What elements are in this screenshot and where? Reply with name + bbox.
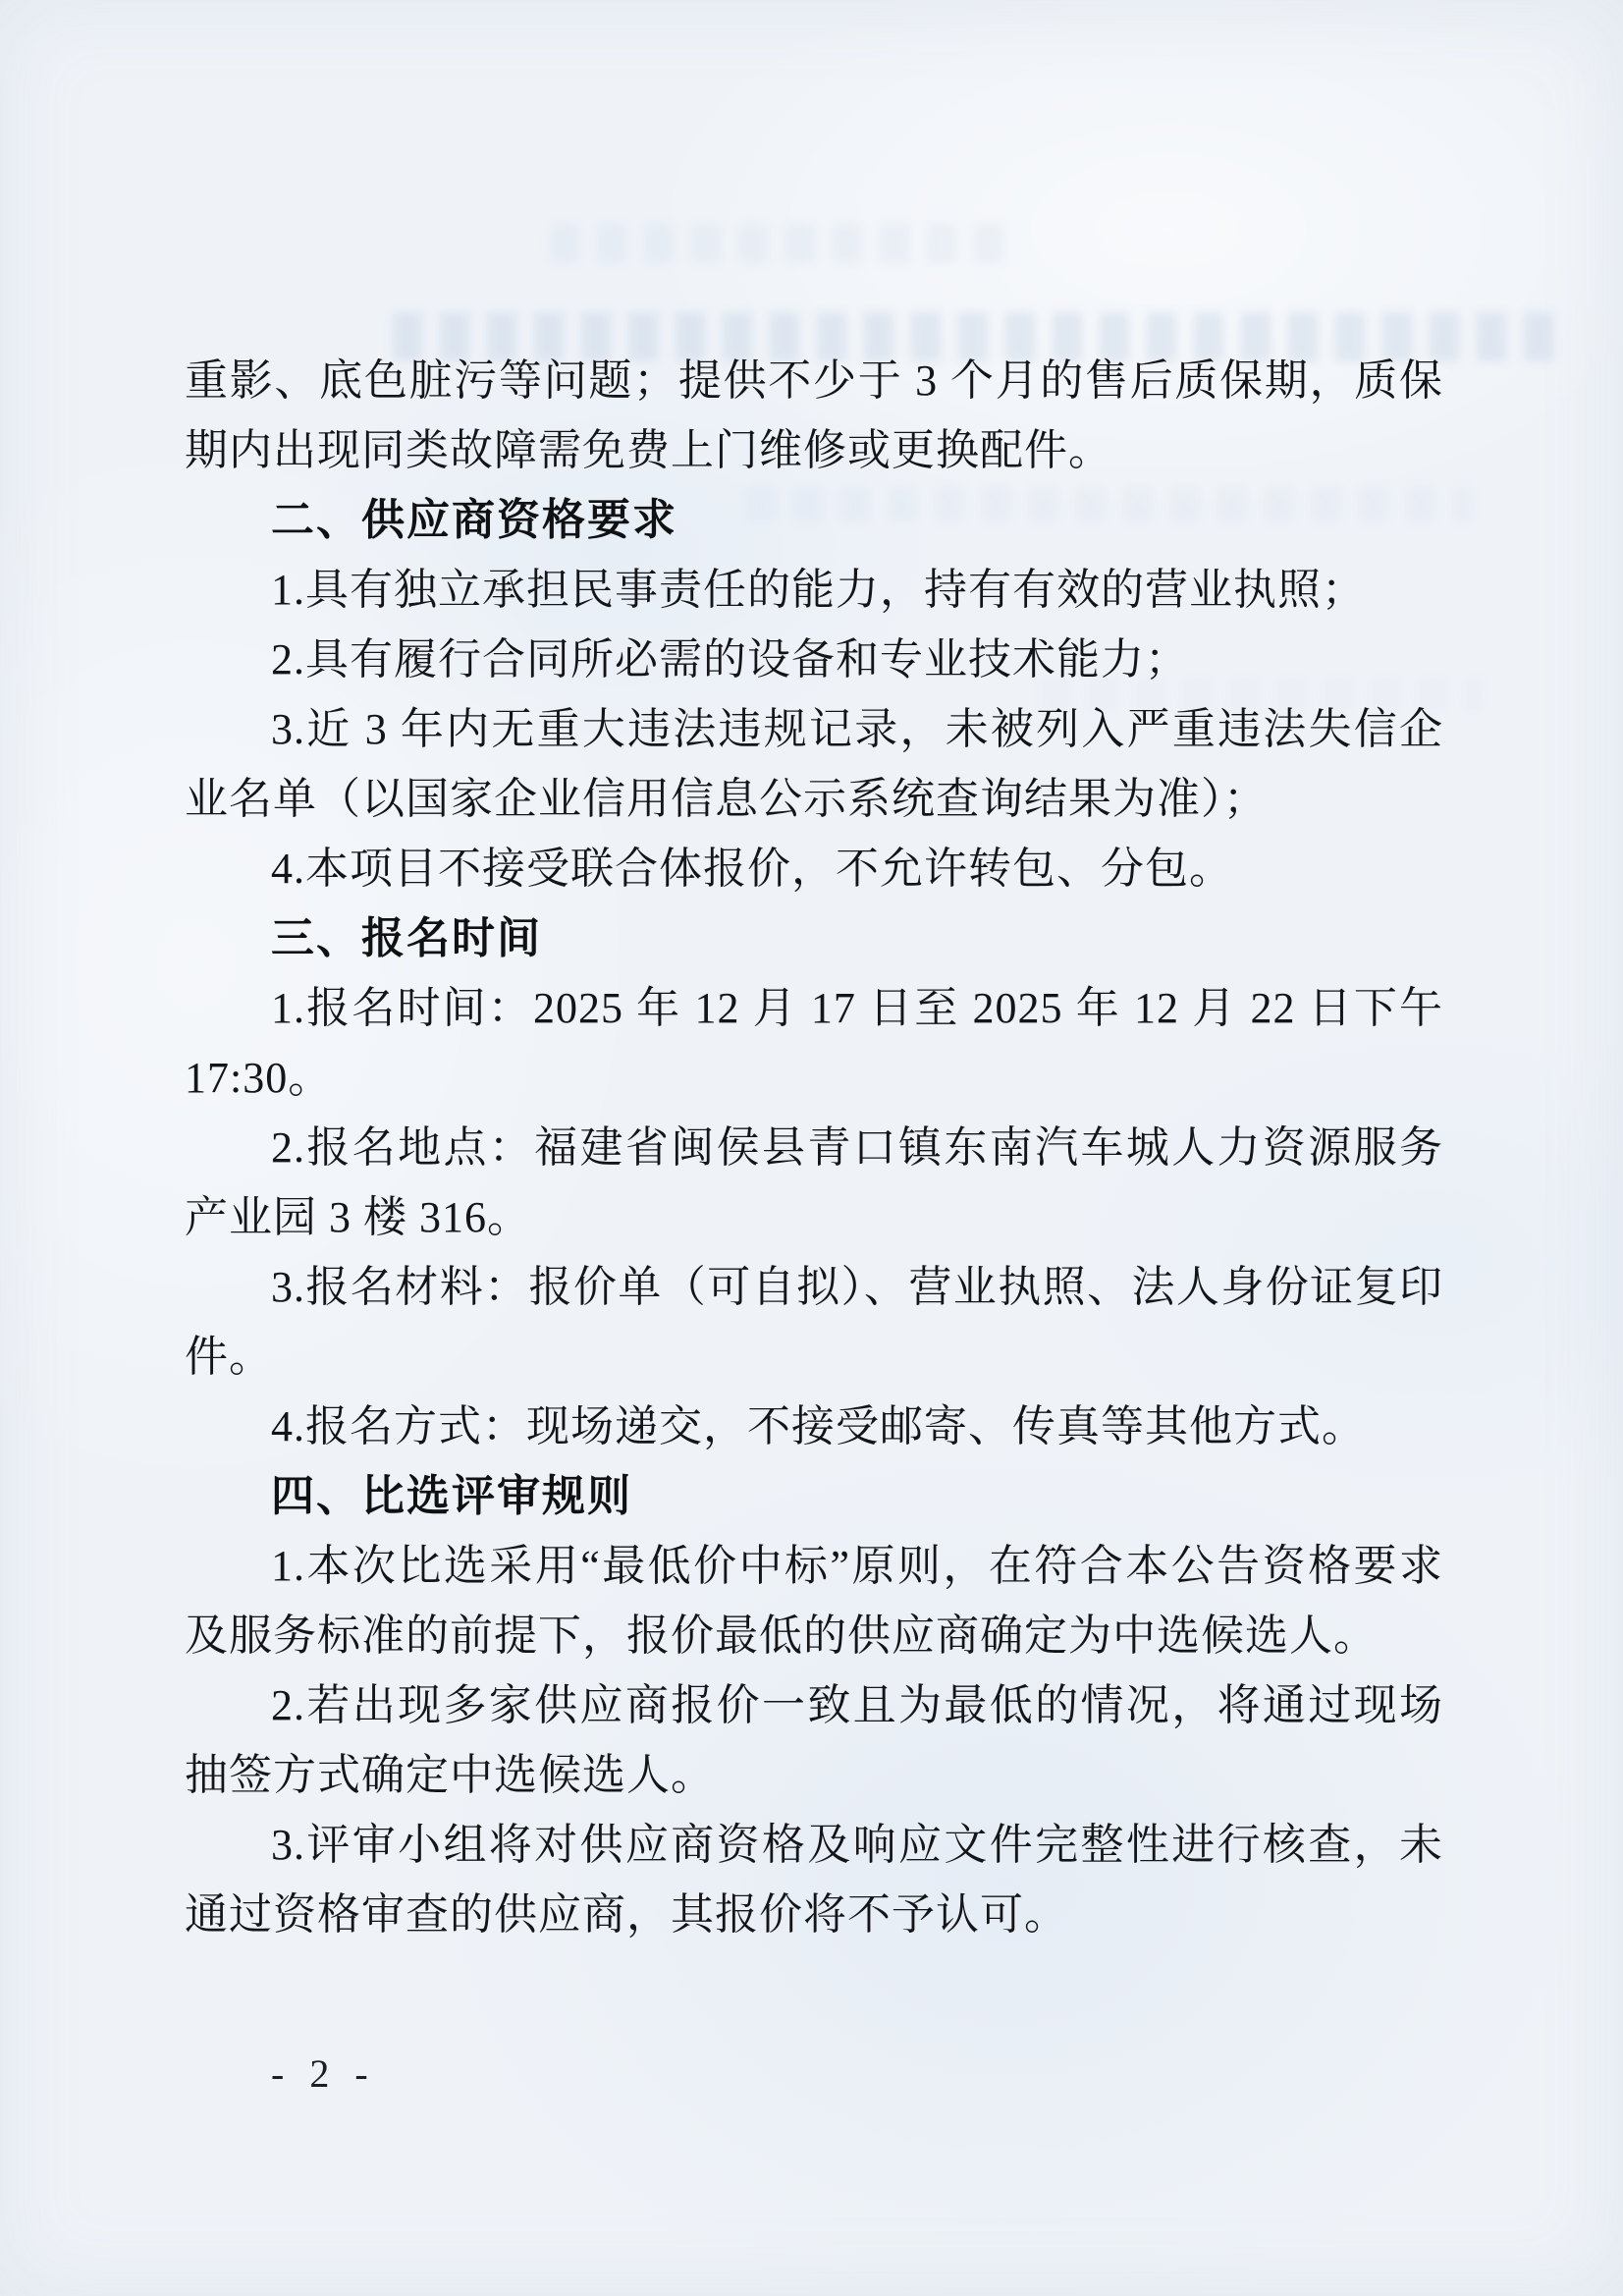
list-item: 1.本次比选采用“最低价中标”原则，在符合本公告资格要求及服务标准的前提下，报价…: [185, 1531, 1443, 1670]
scanned-document-page: 重影、底色脏污等问题；提供不少于 3 个月的售后质保期，质保期内出现同类故障需免…: [0, 0, 1623, 2296]
list-item: 1.报名时间：2025 年 12 月 17 日至 2025 年 12 月 22 …: [185, 973, 1443, 1113]
list-item: 4.本项目不接受联合体报价，不允许转包、分包。: [185, 834, 1443, 903]
list-item: 3.评审小组将对供应商资格及响应文件完整性进行核查，未通过资格审查的供应商，其报…: [185, 1810, 1443, 1949]
section-heading-supplier-qualifications: 二、供应商资格要求: [185, 485, 1443, 555]
bleedthrough-artifact: [550, 224, 1011, 263]
list-item: 2.若出现多家供应商报价一致且为最低的情况，将通过现场抽签方式确定中选候选人。: [185, 1670, 1443, 1810]
list-item: 4.报名方式：现场递交，不接受邮寄、传真等其他方式。: [185, 1392, 1443, 1461]
section-heading-evaluation-rules: 四、比选评审规则: [185, 1461, 1443, 1531]
paragraph-warranty-continuation: 重影、底色脏污等问题；提供不少于 3 个月的售后质保期，质保期内出现同类故障需免…: [185, 346, 1443, 485]
list-item: 3.报名材料：报价单（可自拟）、营业执照、法人身份证复印件。: [185, 1252, 1443, 1392]
section-heading-registration-time: 三、报名时间: [185, 903, 1443, 973]
list-item: 1.具有独立承担民事责任的能力，持有有效的营业执照；: [185, 555, 1443, 625]
document-body: 重影、底色脏污等问题；提供不少于 3 个月的售后质保期，质保期内出现同类故障需免…: [185, 346, 1443, 1949]
list-item: 3.近 3 年内无重大违法违规记录，未被列入严重违法失信企业名单（以国家企业信用…: [185, 694, 1443, 834]
list-item: 2.报名地点：福建省闽侯县青口镇东南汽车城人力资源服务产业园 3 楼 316。: [185, 1113, 1443, 1252]
page-number: - 2 -: [271, 2050, 376, 2097]
list-item: 2.具有履行合同所必需的设备和专业技术能力；: [185, 625, 1443, 694]
